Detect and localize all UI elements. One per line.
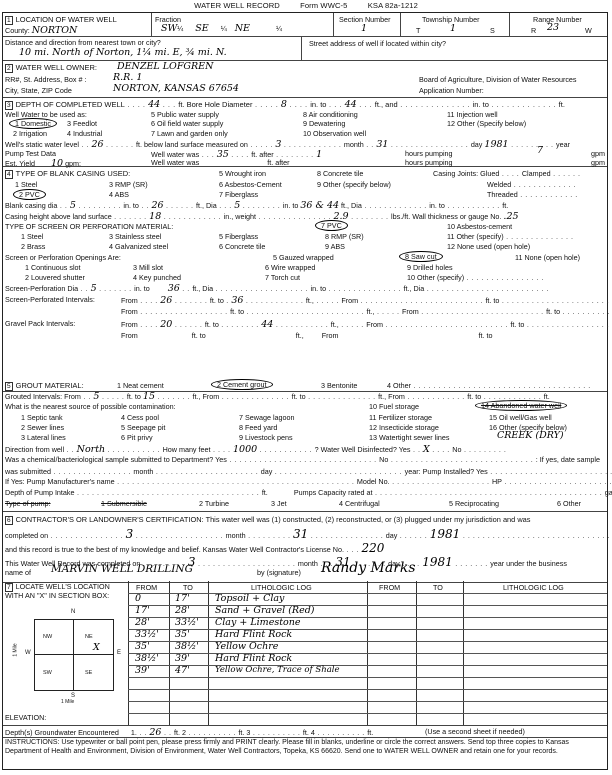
source-abandoned-well-circled[interactable]: 14 Abandoned water well bbox=[475, 400, 567, 411]
application-number-label: Application Number: bbox=[419, 86, 484, 95]
casing-section: 4TYPE OF BLANK CASING USED: 1 Steel 2 PV… bbox=[3, 166, 607, 392]
certification-text: This water well was (1) constructed, (2)… bbox=[206, 515, 531, 524]
screen-concrete[interactable]: 6 Concrete tile bbox=[219, 242, 265, 251]
screen-to-value[interactable]: 36 bbox=[168, 283, 180, 294]
source-oil-gas[interactable]: 15 Oil well/Gas well bbox=[489, 413, 552, 422]
pump-other[interactable]: 6 Other bbox=[557, 499, 581, 508]
quadrant-sw: SW bbox=[43, 670, 52, 676]
grout-cement-circled[interactable]: 2 Cement grout bbox=[211, 379, 273, 390]
section-grid-box[interactable]: NW NE SW SE X bbox=[34, 619, 114, 691]
second-sheet-note: (Use a second sheet if needed) bbox=[425, 727, 525, 736]
screen-steel[interactable]: 1 Steel bbox=[21, 232, 43, 241]
log-to[interactable]: 17' bbox=[175, 593, 190, 604]
opening-other[interactable]: 10 Other (specify) bbox=[407, 273, 464, 282]
signature[interactable]: Randy Marks bbox=[321, 560, 416, 576]
casing-asbestos[interactable]: 6 Asbestos-Cement bbox=[219, 180, 282, 189]
screen-other[interactable]: 11 Other (specify) bbox=[447, 232, 504, 241]
screen-rmp[interactable]: 8 RMP (SR) bbox=[325, 232, 364, 241]
direction-value[interactable]: North bbox=[77, 444, 106, 455]
lithologic-section: 7LOCATE WELL'S LOCATION WITH AN "X" IN S… bbox=[3, 581, 607, 726]
log-to[interactable]: 35' bbox=[175, 629, 190, 640]
feet-value[interactable]: 1000 bbox=[233, 444, 257, 455]
static-year[interactable]: 1981 bbox=[484, 139, 508, 150]
grout-label: GROUT MATERIAL: bbox=[16, 381, 84, 390]
casing-abs[interactable]: 4 ABS bbox=[109, 190, 129, 199]
section-number-badge: 1 bbox=[5, 16, 13, 25]
log-from[interactable]: 33½' bbox=[135, 629, 159, 640]
blank-to-value[interactable]: 26 bbox=[151, 200, 163, 211]
source-lateral[interactable]: 3 Lateral lines bbox=[21, 433, 66, 442]
locate-well-panel: 7LOCATE WELL'S LOCATION WITH AN "X" IN S… bbox=[3, 581, 129, 725]
casing-pvc-circled[interactable]: 2 PVC bbox=[13, 189, 46, 200]
range-value[interactable]: 23 bbox=[547, 22, 559, 33]
source-fuel[interactable]: 10 Fuel storage bbox=[369, 402, 419, 411]
locate-well-label: LOCATE WELL'S LOCATION WITH AN "X" IN SE… bbox=[5, 582, 110, 600]
water-well-record-form: 1LOCATION OF WATER WELL County: NORTON F… bbox=[2, 12, 608, 770]
log-to[interactable]: 47' bbox=[175, 665, 190, 676]
instructions-text: INSTRUCTIONS: Use typewriter or ball poi… bbox=[5, 738, 605, 756]
township-cell: Township Number T 1 S bbox=[400, 13, 510, 36]
location-cell: 1LOCATION OF WATER WELL County: NORTON bbox=[3, 13, 152, 36]
static-level-value[interactable]: 26 bbox=[91, 139, 103, 150]
sample-label: Was a chemical/bacteriological sample su… bbox=[5, 455, 227, 464]
section-heading: LOCATION OF WATER WELL bbox=[16, 15, 117, 24]
opening-key-punched[interactable]: 4 Key punched bbox=[133, 273, 181, 282]
owner-value[interactable]: DENZEL LOFGREN bbox=[117, 61, 213, 72]
grouted-intervals-label: Grouted Intervals: From bbox=[5, 392, 81, 401]
depth-value[interactable]: 44 bbox=[148, 99, 160, 110]
disinfected-yes-mark[interactable]: X bbox=[423, 444, 430, 455]
compass-n: N bbox=[71, 609, 75, 615]
use-domestic-circled[interactable]: 1 Domestic bbox=[9, 118, 57, 129]
screen-intervals-label: Screen-Perforated Intervals: bbox=[5, 295, 95, 304]
opening-mill-slot[interactable]: 3 Mill slot bbox=[133, 263, 163, 272]
opening-none[interactable]: 11 None (open hole) bbox=[515, 253, 580, 262]
opening-drilled[interactable]: 9 Drilled holes bbox=[407, 263, 453, 272]
use-lawn[interactable]: 7 Lawn and garden only bbox=[151, 129, 228, 138]
business-name-value[interactable]: MARVIN WELL DRILLING bbox=[51, 563, 193, 575]
log-to[interactable]: 33½' bbox=[175, 617, 199, 628]
grout-section: 5GROUT MATERIAL: 1 Neat cement 2 Cement … bbox=[3, 379, 607, 524]
opening-torch-cut[interactable]: 7 Torch cut bbox=[265, 273, 300, 282]
log-header-to: TO bbox=[183, 583, 193, 592]
bore-to-value[interactable]: 44 bbox=[345, 99, 357, 110]
section-number-cell: Section Number 1 bbox=[333, 13, 401, 36]
use-injection[interactable]: 11 Injection well bbox=[447, 110, 498, 119]
quadrant-ne: NE bbox=[85, 634, 93, 640]
screen-dia-label: Screen-Perforation Dia bbox=[5, 284, 78, 293]
screen-fiberglass[interactable]: 5 Fiberglass bbox=[219, 232, 258, 241]
casing-rmp[interactable]: 3 RMP (SR) bbox=[109, 180, 148, 189]
source-feed-yard[interactable]: 8 Feed yard bbox=[239, 423, 277, 432]
log-description[interactable]: Hard Flint Rock bbox=[215, 629, 292, 640]
screen-galvanized[interactable]: 4 Galvanized steel bbox=[109, 242, 168, 251]
log-description[interactable]: Yellow Ochre bbox=[215, 641, 278, 652]
elevation-label: ELEVATION: bbox=[5, 713, 46, 722]
log-to[interactable]: 38½' bbox=[175, 641, 199, 652]
source-cess-pool[interactable]: 4 Cess pool bbox=[121, 413, 159, 422]
fraction-cell: Fraction SW¼ SE ¼ NE ¼ bbox=[151, 13, 334, 36]
city-value[interactable]: NORTON, KANSAS 67654 bbox=[113, 83, 239, 94]
source-fertilizer[interactable]: 11 Fertilizer storage bbox=[369, 413, 432, 422]
blank-casing-label: Blank casing dia bbox=[5, 201, 57, 210]
log-from[interactable]: 39' bbox=[135, 665, 150, 676]
range-cell: Range Number R 23 W bbox=[509, 13, 609, 36]
screen-pvc-circled[interactable]: 7 PVC bbox=[315, 220, 348, 231]
form-title-text: WATER WELL RECORD bbox=[194, 1, 280, 10]
grout-other[interactable]: 4 Other bbox=[387, 381, 411, 390]
log-from[interactable]: 35' bbox=[135, 641, 150, 652]
compass-e: E bbox=[117, 650, 121, 656]
screen-stainless[interactable]: 3 Stainless steel bbox=[109, 232, 161, 241]
casing-height-value[interactable]: 18 bbox=[149, 211, 161, 222]
completed-year[interactable]: 1981 bbox=[430, 527, 461, 541]
owner-label: WATER WELL OWNER: bbox=[16, 63, 97, 72]
screen-abs[interactable]: 9 ABS bbox=[325, 242, 345, 251]
depth-section: 3DEPTH OF COMPLETED WELL . . . . 44 . . … bbox=[3, 97, 607, 167]
distance-label: Distance and direction from nearest town… bbox=[5, 38, 161, 47]
grout-bentonite[interactable]: 3 Bentonite bbox=[321, 381, 357, 390]
use-other[interactable]: 12 Other (Specify below) bbox=[447, 119, 526, 128]
pump-submersible[interactable]: 1 Submersible bbox=[101, 499, 147, 508]
casing-concrete[interactable]: 8 Concrete tile bbox=[317, 169, 363, 178]
opening-louvered[interactable]: 2 Louvered shutter bbox=[25, 273, 85, 282]
section-number-value[interactable]: 1 bbox=[361, 23, 367, 34]
log-description[interactable]: Topsoil + Clay bbox=[215, 593, 284, 604]
log-description[interactable]: Hard Flint Rock bbox=[215, 653, 292, 664]
depth-label: DEPTH OF COMPLETED WELL bbox=[16, 100, 125, 109]
use-oilfield[interactable]: 6 Oil field water supply bbox=[151, 119, 223, 128]
address-value[interactable]: R.R. 1 bbox=[113, 72, 142, 83]
opening-wire-wrapped[interactable]: 6 Wire wrapped bbox=[265, 263, 315, 272]
county-label: County: bbox=[5, 26, 30, 35]
business-name-label: name of bbox=[5, 568, 31, 577]
groundwater-label: Depth(s) Groundwater Encountered bbox=[5, 728, 119, 737]
log-header-to-2: TO bbox=[433, 583, 443, 592]
casing-steel[interactable]: 1 Steel bbox=[15, 180, 37, 189]
openings-label: Screen or Perforation Openings Are: bbox=[5, 253, 121, 262]
pump-type-label: Type of pump: bbox=[5, 499, 51, 508]
street-address-label: Street address of well if located within… bbox=[309, 39, 446, 48]
screen-brass[interactable]: 2 Brass bbox=[21, 242, 45, 251]
log-from[interactable]: 38½' bbox=[135, 653, 159, 664]
use-irrigation[interactable]: 2 Irrigation bbox=[13, 129, 47, 138]
static-level-label: Well's static water level bbox=[5, 140, 79, 149]
log-from[interactable]: 17' bbox=[135, 605, 150, 616]
use-label: Well Water to be used as: bbox=[5, 110, 87, 119]
mile-scale-vertical: 1 Mile bbox=[13, 643, 19, 656]
city-label: City, State, ZIP Code bbox=[5, 86, 72, 95]
gravel-to-value[interactable]: 44 bbox=[261, 319, 273, 330]
grout-to-value[interactable]: 15 bbox=[143, 391, 155, 402]
record-true-text: and this record is true to the best of m… bbox=[5, 545, 344, 554]
log-from[interactable]: 28' bbox=[135, 617, 150, 628]
log-description[interactable]: Yellow Ochre, Trace of Shale bbox=[215, 665, 340, 675]
location-row: 1LOCATION OF WATER WELL County: NORTON F… bbox=[3, 13, 607, 37]
screen-from-value[interactable]: 26 bbox=[160, 295, 172, 306]
record-year[interactable]: 1981 bbox=[422, 555, 453, 569]
form-title: WATER WELL RECORD Form WWC-5 KSA 82a-121… bbox=[0, 1, 612, 10]
static-day[interactable]: 31 bbox=[376, 139, 388, 150]
casing-height-label: Casing height above land surface bbox=[5, 212, 112, 221]
use-feedlot[interactable]: 3 Feedlot bbox=[67, 119, 97, 128]
pump-test-label: Pump Test Data bbox=[5, 149, 56, 158]
log-description[interactable]: Sand + Gravel (Red) bbox=[215, 605, 314, 616]
pump-intake-label: Depth of Pump Intake bbox=[5, 488, 75, 497]
casing-label: TYPE OF BLANK CASING USED: bbox=[16, 169, 131, 178]
distance-value[interactable]: 10 mi. North of Norton, 1¼ mi. E, ¾ mi. … bbox=[19, 47, 227, 58]
source-privy[interactable]: 6 Pit privy bbox=[121, 433, 153, 442]
blank-to2-value[interactable]: 36 & 44 bbox=[300, 200, 339, 211]
log-header-from: FROM bbox=[136, 583, 157, 592]
certification-section: 6CONTRACTOR'S OR LANDOWNER'S CERTIFICATI… bbox=[3, 511, 607, 583]
screen-asbestos[interactable]: 10 Asbestos-cement bbox=[447, 222, 512, 231]
manufacturer-label: If Yes: Pump Manufacturer's name bbox=[5, 477, 115, 486]
license-number[interactable]: 220 bbox=[361, 541, 384, 555]
compass-w: W bbox=[25, 650, 31, 656]
completed-day[interactable]: 31 bbox=[293, 527, 308, 541]
source-watertight[interactable]: 13 Watertight sewer lines bbox=[369, 433, 449, 442]
pump-gpm[interactable]: 7 bbox=[537, 145, 543, 156]
distance-row: Distance and direction from nearest town… bbox=[3, 36, 607, 61]
owner-row: 2WATER WELL OWNER: DENZEL LOFGREN RR#, S… bbox=[3, 60, 607, 98]
signature-label: by (signature) bbox=[257, 568, 301, 577]
use-observation[interactable]: 10 Observation well bbox=[303, 129, 366, 138]
opening-gauzed[interactable]: 5 Gauzed wrapped bbox=[273, 253, 334, 262]
opening-continuous[interactable]: 1 Continuous slot bbox=[25, 263, 81, 272]
screen-material-label: TYPE OF SCREEN OR PERFORATION MATERIAL: bbox=[5, 222, 173, 231]
screen-interval-to-value[interactable]: 36 bbox=[231, 295, 243, 306]
casing-wrought-iron[interactable]: 5 Wrought iron bbox=[219, 169, 266, 178]
direction-label: Direction from well bbox=[5, 445, 64, 454]
source-septic[interactable]: 1 Septic tank bbox=[21, 413, 63, 422]
opening-saw-cut-circled[interactable]: 8 Saw cut bbox=[399, 251, 443, 262]
quadrant-nw: NW bbox=[43, 634, 52, 640]
county-value[interactable]: NORTON bbox=[32, 25, 78, 36]
use-dewatering[interactable]: 9 Dewatering bbox=[303, 119, 345, 128]
fraction-q3[interactable]: NE bbox=[235, 23, 250, 34]
contamination-label: What is the nearest source of possible c… bbox=[5, 402, 176, 411]
pump-jet[interactable]: 3 Jet bbox=[271, 499, 287, 508]
mile-scale-horizontal: 1 Mile bbox=[61, 699, 74, 705]
log-to[interactable]: 28' bbox=[175, 605, 190, 616]
pump-turbine[interactable]: 2 Turbine bbox=[199, 499, 229, 508]
use-industrial[interactable]: 4 Industrial bbox=[67, 129, 102, 138]
wall-thickness-value[interactable]: .25 bbox=[503, 211, 518, 222]
well-location-mark: X bbox=[93, 642, 100, 653]
source-sewer[interactable]: 2 Sewer lines bbox=[21, 423, 64, 432]
source-insecticide[interactable]: 12 Insecticide storage bbox=[369, 423, 439, 432]
pump-reciprocating[interactable]: 5 Reciprocating bbox=[449, 499, 499, 508]
gravel-from-value[interactable]: 20 bbox=[160, 319, 172, 330]
address-label: RR#, St. Address, Box # : bbox=[5, 75, 87, 84]
fraction-q1[interactable]: SW bbox=[161, 23, 177, 34]
quadrant-se: SE bbox=[85, 670, 92, 676]
casing-other[interactable]: 9 Other (specify below) bbox=[317, 180, 391, 189]
log-description[interactable]: Clay + Limestone bbox=[215, 617, 300, 628]
use-public[interactable]: 5 Public water supply bbox=[151, 110, 219, 119]
log-from[interactable]: 0 bbox=[135, 593, 141, 604]
instructions-row: INSTRUCTIONS: Use typewriter or ball poi… bbox=[3, 737, 607, 769]
source-seepage[interactable]: 5 Seepage pit bbox=[121, 423, 165, 432]
township-value[interactable]: 1 bbox=[450, 23, 456, 34]
log-header-from-2: FROM bbox=[379, 583, 400, 592]
joints-label: Casing Joints: Glued bbox=[433, 169, 499, 178]
gravel-pack-label: Gravel Pack Intervals: bbox=[5, 319, 75, 328]
certification-label: CONTRACTOR'S OR LANDOWNER'S CERTIFICATIO… bbox=[16, 515, 204, 524]
use-air-conditioning[interactable]: 8 Air conditioning bbox=[303, 110, 358, 119]
log-header-lithology-2: LITHOLOGIC LOG bbox=[503, 583, 564, 592]
casing-fiberglass[interactable]: 7 Fiberglass bbox=[219, 190, 258, 199]
statute-ref: KSA 82a-1212 bbox=[368, 1, 418, 10]
other-source-value[interactable]: CREEK (DRY) bbox=[497, 430, 564, 441]
pump-centrifugal[interactable]: 4 Centrifugal bbox=[339, 499, 380, 508]
log-to[interactable]: 39' bbox=[175, 653, 190, 664]
source-livestock[interactable]: 9 Livestock pens bbox=[239, 433, 293, 442]
source-lagoon[interactable]: 7 Sewage lagoon bbox=[239, 413, 295, 422]
log-header-lithology: LITHOLOGIC LOG bbox=[251, 583, 312, 592]
pump-hours[interactable]: 1 bbox=[316, 149, 322, 160]
grout-neat-cement[interactable]: 1 Neat cement bbox=[117, 381, 164, 390]
board-label: Board of Agriculture, Division of Water … bbox=[419, 75, 577, 84]
fraction-q2[interactable]: SE bbox=[195, 23, 208, 34]
form-number: Form WWC-5 bbox=[300, 1, 347, 10]
screen-none[interactable]: 12 None used (open hole) bbox=[447, 242, 530, 251]
